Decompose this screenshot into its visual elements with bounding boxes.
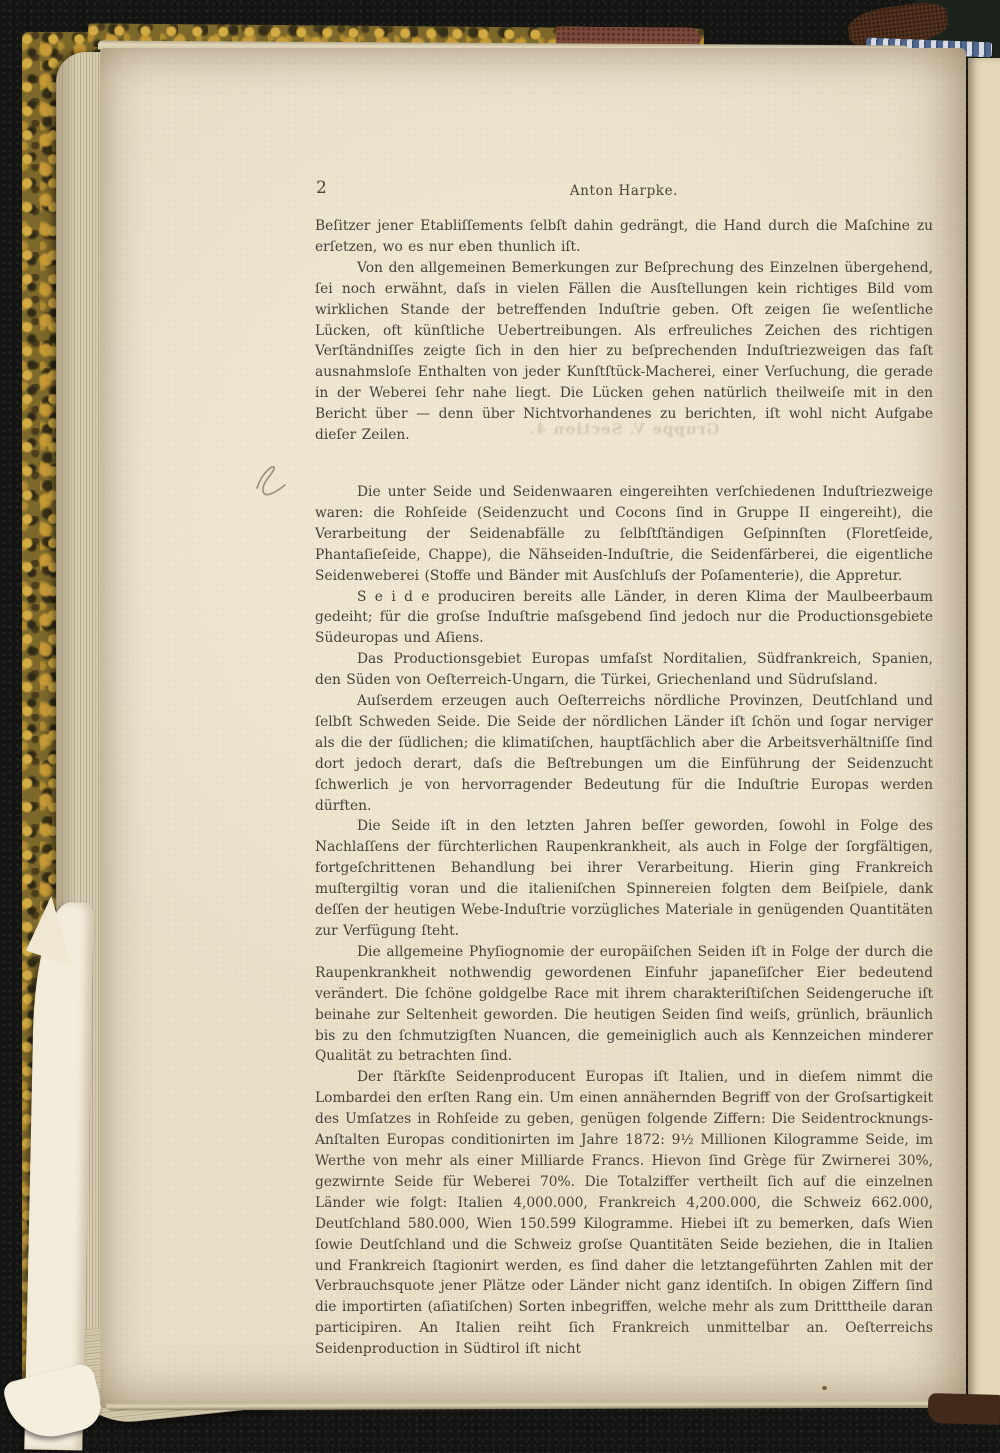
running-title: Anton Harpke. xyxy=(315,183,933,199)
foxing-spot xyxy=(822,1386,827,1390)
photographed-book-scene: { "header": { "page_number": "2", "runni… xyxy=(0,0,1000,1453)
torn-paper-scrap-bottom xyxy=(2,1362,107,1446)
paragraph: Die Seide iſt in den letzten Jahren beſſ… xyxy=(315,816,933,941)
leather-cover-bottom-right xyxy=(928,1393,1000,1425)
text-block: Beſitzer jener Etabliſſements ſelbſt dah… xyxy=(315,216,933,1360)
paragraph: Von den allgemeinen Bemerkungen zur Beſp… xyxy=(315,258,933,446)
paragraph: S e i d e produciren bereits alle Länder… xyxy=(315,587,933,650)
paragraph: Das Productionsgebiet Europas umfaſst No… xyxy=(315,649,933,691)
page-content: 2 Anton Harpke. Gruppe V. Section 4. Beſ… xyxy=(100,48,966,1408)
paper-stain xyxy=(580,1258,840,1378)
paragraph: Beſitzer jener Etabliſſements ſelbſt dah… xyxy=(315,216,933,258)
book-page: 2 Anton Harpke. Gruppe V. Section 4. Beſ… xyxy=(100,48,966,1408)
paragraph: Die allgemeine Phyſiognomie der europäiſ… xyxy=(315,942,933,1067)
handwritten-pencil-mark-icon xyxy=(252,460,292,508)
paragraph: Auſserdem erzeugen auch Oeſterreichs nör… xyxy=(315,691,933,816)
paragraph: Die unter Seide und Seidenwaaren eingere… xyxy=(315,482,933,587)
facing-page-sliver xyxy=(968,58,1000,1403)
